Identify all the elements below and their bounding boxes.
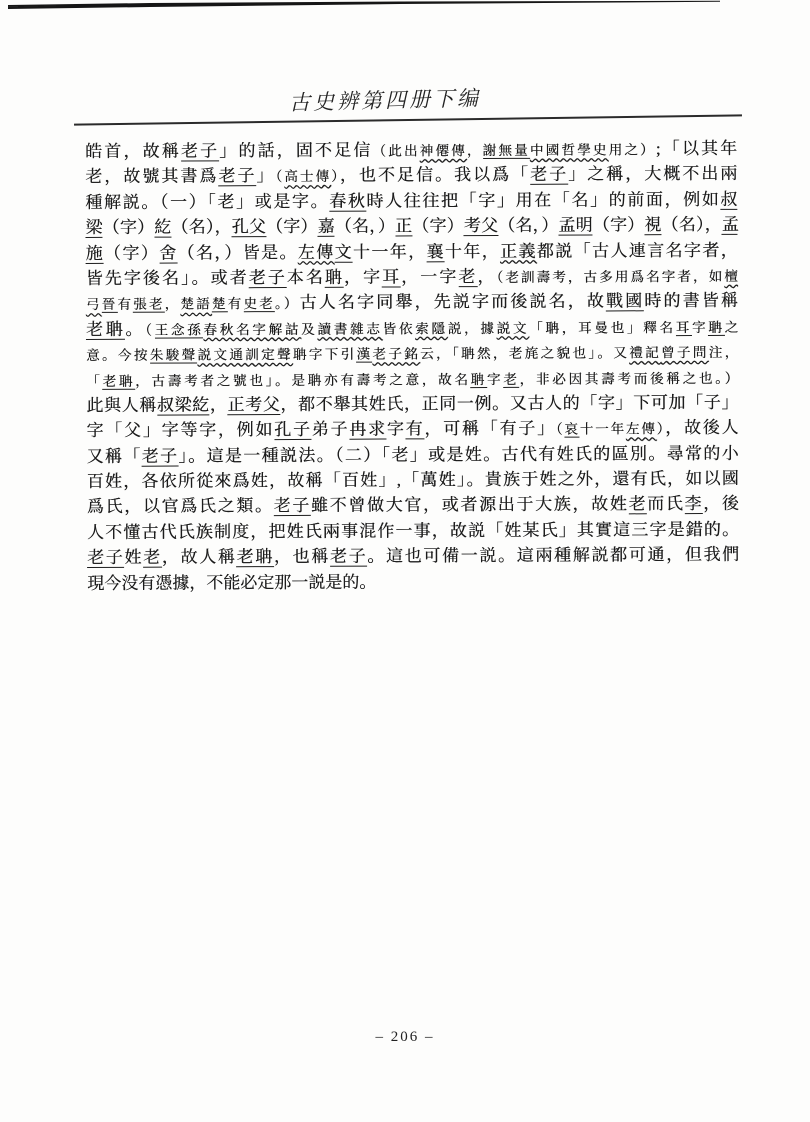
text-run: ，後 (703, 494, 739, 513)
text-run: 人不懂古代氏族制度，把姓氏兩事混作一事，故説「姓某氏」其實這三字是錯的。 (87, 520, 739, 542)
text-run: 孔父 (232, 217, 266, 237)
running-header: 古史辨第四册下编 (0, 84, 810, 114)
text-run: （名，）皆是。 (177, 243, 297, 263)
text-run: 王念孫 (154, 322, 203, 338)
text-line: 老，故號其書爲老子」（高士傳），也不足信。我以爲「老子」之稱，大概不出兩 (85, 161, 737, 190)
text-run: 時人往往把「字」用在「名」的前面，例如 (366, 190, 720, 211)
text-run: 字 (487, 371, 503, 386)
text-run: （名，） (498, 216, 558, 235)
text-run: 老子 (87, 548, 124, 568)
text-run: ，故人稱 (162, 548, 237, 567)
text-run: 耳 (676, 320, 692, 336)
text-run: （ (145, 322, 155, 337)
text-run: 襄 (426, 242, 444, 262)
text-run: 孟 (722, 215, 738, 235)
text-run: ，也不足信。我以爲「 (340, 165, 530, 185)
text-run: 老 (143, 548, 162, 568)
text-run: 楚語 (180, 297, 212, 312)
text-run: 」 (256, 166, 275, 185)
text-run: （字） (266, 217, 318, 236)
text-run: （ (275, 169, 284, 184)
text-run: 皓首，故稱 (85, 142, 181, 161)
text-run: 哀 (564, 422, 579, 438)
page-footer: – 206 – (0, 1028, 810, 1046)
text-run: 十一年， (353, 242, 427, 261)
text-line: 字「父」字等字，例如孔子弟子冉求字有，可稱「有子」（哀十一年左傳），故後人 (86, 415, 738, 444)
text-run: 有 (117, 297, 133, 312)
running-header-title: 古史辨第四册下编 (289, 82, 482, 117)
text-run: 梁 (85, 218, 102, 238)
text-run: 春秋名字解詁 (203, 322, 301, 337)
text-run: 老聃 (86, 320, 125, 340)
text-run: 本名 (287, 268, 325, 287)
text-run: ;「以其年 (656, 139, 737, 158)
text-run: 字 (692, 320, 708, 335)
text-run: （ (556, 422, 565, 437)
text-run: 聃 (471, 372, 487, 388)
text-run: ， (477, 267, 496, 286)
text-run: 謝無量 (483, 143, 530, 159)
text-run: 文 (334, 242, 352, 262)
text-run: 左傳 (626, 422, 657, 437)
text-line: 皓首，故稱老子」的話，固不足信（此出神僊傳，謝無量中國哲學史用之）;「以其年 (85, 136, 737, 165)
text-run: 。） (275, 296, 300, 311)
text-run: 及 (301, 322, 317, 337)
text-line: 老聃。（王念孫春秋名字解詁及讀書雜志皆依索隱説，據説文「聃，耳曼也」釋名耳字聃之 (86, 314, 738, 343)
text-run: 説，據 (448, 321, 497, 336)
text-run: 意。今按 (86, 348, 150, 363)
text-run: 老，故號其書爲 (85, 167, 218, 187)
text-run: 紇 (154, 218, 171, 238)
text-run: 皆先字後名」。或者 (86, 268, 249, 288)
text-run: 時的書皆稱 (644, 291, 738, 310)
text-run: 老聃 (236, 547, 273, 567)
text-run: 孔子 (274, 420, 312, 440)
body-text: 皓首，故稱老子」的話，固不足信（此出神僊傳，謝無量中國哲學史用之）;「以其年老，… (85, 136, 739, 596)
text-run: 讀書雜志 (317, 321, 382, 336)
text-run: 正考父 (227, 395, 280, 415)
text-run: 。 (125, 319, 145, 338)
text-run: 漢 (356, 347, 372, 363)
text-run: 用之） (609, 142, 656, 157)
text-run: 叔 (720, 190, 737, 210)
text-run: 索隱 (415, 321, 448, 336)
text-run: ，可稱「有子」 (424, 419, 556, 439)
page-number: – 206 – (376, 1029, 435, 1045)
text-run: 左傳 (298, 242, 335, 261)
text-line: 百姓，各依所從來爲姓，故稱「百姓」,「萬姓」。貴族于姓之外，還有氏，如以國 (87, 466, 739, 495)
text-run: 爲氏，以官爲氏之類。 (87, 497, 274, 517)
text-run: 十一年 (580, 422, 626, 437)
text-run: 楚 (212, 297, 228, 313)
text-run: （字） (412, 216, 464, 235)
text-run: 聃 (325, 268, 344, 288)
text-line: 此與人稱叔梁紇，正考父，都不舉其姓氏，正同一例。又古人的「字」下可加「子」 (86, 390, 738, 419)
text-run: 而氏 (647, 495, 684, 514)
text-line: 爲氏，以官爲氏之類。老子雖不曾做大官，或者源出于大族，故姓老而氏李，後 (87, 491, 739, 520)
text-run: 有 (406, 420, 425, 440)
text-run: 正 (395, 217, 412, 237)
text-line: 人不懂古代氏族制度，把姓氏兩事混作一事，故説「姓某氏」其實這三字是錯的。 (87, 517, 739, 546)
text-run: （名）， (661, 215, 721, 234)
text-run: 曾子問 (661, 345, 709, 360)
text-run: ） (657, 421, 666, 436)
text-run: 戰國 (606, 292, 644, 312)
text-run: 朱駿聲 (150, 348, 198, 364)
text-run: （名，） (335, 217, 395, 236)
text-run: 此與人稱 (86, 396, 157, 415)
text-run: 晉 (102, 297, 118, 313)
text-run: 施 (86, 243, 104, 263)
text-run: 考父 (464, 216, 498, 236)
text-run: 老子銘 (372, 346, 420, 361)
text-run: 中國哲學史 (530, 142, 609, 157)
text-run: ，字 (344, 268, 382, 287)
text-run: 」。這是一種説法。（二）「老」或是姓。古代有姓氏的區別。尋常的小 (178, 443, 738, 465)
header-rule (74, 114, 742, 125)
text-line: 又稱「老子」。這是一種説法。（二）「老」或是姓。古代有姓氏的區別。尋常的小 (86, 440, 738, 469)
text-run: 古人名字同舉，先説字而後説名，故 (299, 292, 606, 312)
text-run: 十年， (445, 242, 500, 261)
text-run: 叔梁紇 (157, 395, 210, 415)
text-run: 注， (709, 345, 739, 360)
text-run: 老子 (530, 165, 568, 185)
text-run: 高士傳 (284, 169, 331, 184)
scan-artifact-top-edge (0, 0, 810, 12)
text-run: 皆依 (382, 321, 415, 336)
text-run: 老 (458, 267, 477, 287)
text-run: （名）， (171, 217, 231, 236)
text-run: 字 (387, 420, 406, 439)
text-run: 孟明 (558, 216, 592, 236)
text-run: 李 (684, 494, 703, 514)
text-line: 現今没有憑據，不能必定那一説是的。 (87, 567, 739, 596)
text-run: 老 (503, 371, 519, 387)
text-run: ，故後人 (665, 418, 738, 437)
scanned-page: 古史辨第四册下编 皓首，故稱老子」的話，固不足信（此出神僊傳，謝無量中國哲學史用… (0, 0, 810, 1122)
text-line: 弓晉有張老，楚語楚有史老。）古人名字同舉，先説字而後説名，故戰國時的書皆稱 (86, 288, 738, 317)
text-run: 説文通訓定聲 (197, 347, 292, 362)
text-run: ，都不舉其姓氏，正同一例。又古人的「字」下可加「子」 (280, 393, 738, 414)
text-run: （字） (104, 243, 159, 262)
text-run: ，非必因其壽考而後稱之也。） (520, 370, 739, 386)
text-run: 檀 (724, 269, 738, 284)
text-line: 「老聃，古壽考者之號也」。是聃亦有壽考之意，故名聃字老，非必因其壽考而後稱之也。… (86, 364, 738, 393)
text-run: 禮記 (629, 345, 661, 360)
text-run: 」的話，固不足信 (219, 141, 372, 161)
text-run: 史老 (243, 296, 275, 312)
text-run: （此出 (372, 143, 419, 158)
text-run: 老子 (142, 446, 179, 466)
text-run: 張老 (133, 297, 165, 313)
text-run: 弓 (86, 297, 102, 312)
text-run: ， (165, 297, 181, 312)
text-run: ， (467, 143, 483, 158)
text-run: 老 (628, 495, 647, 515)
text-run: 百姓，各依所從來爲姓，故稱「百姓」,「萬姓」。貴族于姓之外，還有氏，如以國 (87, 469, 739, 491)
text-run: 説文 (496, 321, 529, 336)
text-run: 老子 (274, 496, 311, 516)
text-run: ， (210, 395, 228, 414)
text-run: 」之稱，大概不出兩 (568, 164, 737, 184)
text-run: 嘉 (318, 217, 335, 237)
text-line: 種解説。（一）「老」或是字。春秋時人往往把「字」用在「名」的前面，例如叔 (85, 187, 737, 216)
text-run: 都説「古人連言名字者， (537, 240, 738, 260)
text-run: 神僊傳 (420, 143, 467, 158)
text-line: 老子姓老，故人稱老聃，也稱老子。這也可備一説。這兩種解説都可通，但我們 (87, 542, 739, 571)
text-run: 「 (86, 373, 102, 388)
text-run: 視 (644, 215, 661, 235)
text-run: （字） (593, 215, 645, 234)
text-run: 老子 (249, 268, 287, 288)
text-run: 耳 (382, 267, 401, 287)
text-run: 有 (228, 297, 244, 312)
text-run: ，古壽考者之號也」。是聃亦有壽考之意，故名 (135, 372, 471, 389)
text-run: ，也稱 (274, 547, 330, 566)
text-run: （字） (103, 218, 155, 237)
text-run: （老訓壽考，古多用爲名字者，如 (496, 269, 724, 285)
text-run: 現今没有憑據，不能必定那一説是的。 (87, 572, 376, 592)
text-run: 春秋 (329, 191, 366, 211)
text-run: 。這也可備一説。這兩種解説都可通，但我們 (367, 545, 739, 566)
text-run: 聃 (708, 320, 724, 336)
text-run: 冉求 (349, 420, 387, 440)
text-line: 意。今按朱駿聲説文通訓定聲聃字下引漢老子銘云，「聃然，老旄之貌也」。又禮記曾子問… (86, 339, 738, 368)
text-run: 聃字下引 (293, 347, 357, 362)
text-line: 皆先字後名」。或者老子本名聃，字耳，一字老，（老訓壽考，古多用爲名字者，如檀 (86, 263, 738, 292)
text-run: 種解説。（一）「老」或是字。 (85, 192, 329, 212)
text-run: 又稱「 (87, 446, 142, 465)
text-run: 之 (724, 320, 738, 335)
text-run: 雖不曾做大官，或者源出于大族，故姓 (311, 495, 629, 516)
text-run: 老聃 (102, 373, 135, 389)
text-run: 云，「聃然，老旄之貌也」。又 (420, 345, 629, 361)
text-run: 「聃，耳曼也」釋名 (529, 320, 676, 336)
text-run: ） (331, 169, 340, 184)
text-run: 老子 (181, 141, 219, 161)
text-line: 施（字）舍（名，）皆是。左傳文十一年，襄十年，正義都説「古人連言名字者， (85, 237, 737, 266)
text-run: 姓 (124, 548, 143, 567)
text-run: 老子 (330, 547, 367, 567)
text-run: 正義 (500, 241, 537, 260)
text-run: 弟子 (312, 420, 350, 439)
text-run: 字「父」字等字，例如 (86, 420, 274, 440)
text-run: ，一字 (401, 267, 458, 286)
text-run: 舍 (159, 243, 177, 263)
text-line: 梁（字）紇（名），孔父（字）嘉（名，）正（字）考父（名，）孟明（字）視（名），孟 (85, 212, 737, 241)
text-run: 老子 (218, 167, 256, 187)
